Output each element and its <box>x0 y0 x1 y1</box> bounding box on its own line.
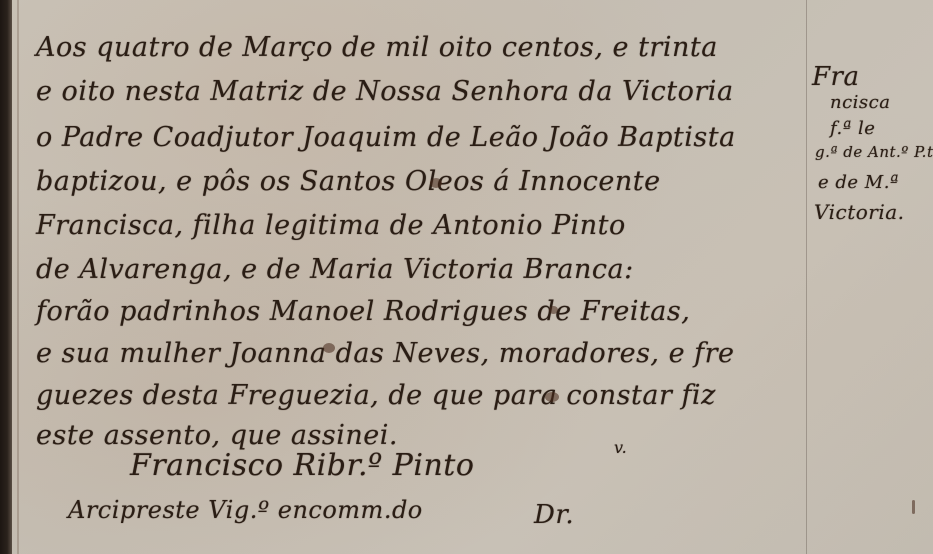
book-binding <box>0 0 12 554</box>
record-line-1: Aos quatro de Março de mil oito centos, … <box>36 32 718 63</box>
ink-stain <box>323 343 335 353</box>
record-line-10: este assento, que assinei. <box>36 420 398 451</box>
record-line-3: o Padre Coadjutor Joaquim de Leão João B… <box>36 122 736 153</box>
margin-note-line-3: f.ª le <box>830 118 875 139</box>
margin-rule <box>806 0 807 554</box>
margin-note-line-1: Fra <box>812 62 859 92</box>
record-line-6: de Alvarenga, e de Maria Victoria Branca… <box>36 254 634 285</box>
record-line-7: forão padrinhos Manoel Rodrigues de Frei… <box>36 296 690 327</box>
signature-name: Francisco Ribr.º Pinto <box>130 448 474 483</box>
manuscript-page: Aos quatro de Março de mil oito centos, … <box>0 0 933 554</box>
signature-superscript: v. <box>614 438 627 457</box>
record-line-8: e sua mulher Joanna das Neves, moradores… <box>36 338 735 369</box>
ink-mark <box>912 500 915 514</box>
record-line-9: guezes desta Freguezia, de que para cons… <box>36 380 716 411</box>
page-fold <box>17 0 19 554</box>
signature-flourish: Dr. <box>534 500 574 530</box>
record-line-4: baptizou, e pôs os Santos Oleos á Innoce… <box>36 166 661 197</box>
ink-stain <box>430 178 442 188</box>
signature-title: Arcipreste Vig.º encomm.do <box>68 496 423 524</box>
record-line-2: e oito nesta Matriz de Nossa Senhora da … <box>36 76 734 107</box>
margin-note-line-6: Victoria. <box>814 200 905 224</box>
margin-note-line-5: e de M.ª <box>818 172 899 193</box>
ink-stain <box>549 306 558 314</box>
margin-note-line-2: ncisca <box>830 92 890 113</box>
record-line-5: Francisca, filha legitima de Antonio Pin… <box>36 210 626 241</box>
margin-note-line-4: g.ª de Ant.º P.to <box>815 143 933 161</box>
ink-stain <box>545 392 559 402</box>
